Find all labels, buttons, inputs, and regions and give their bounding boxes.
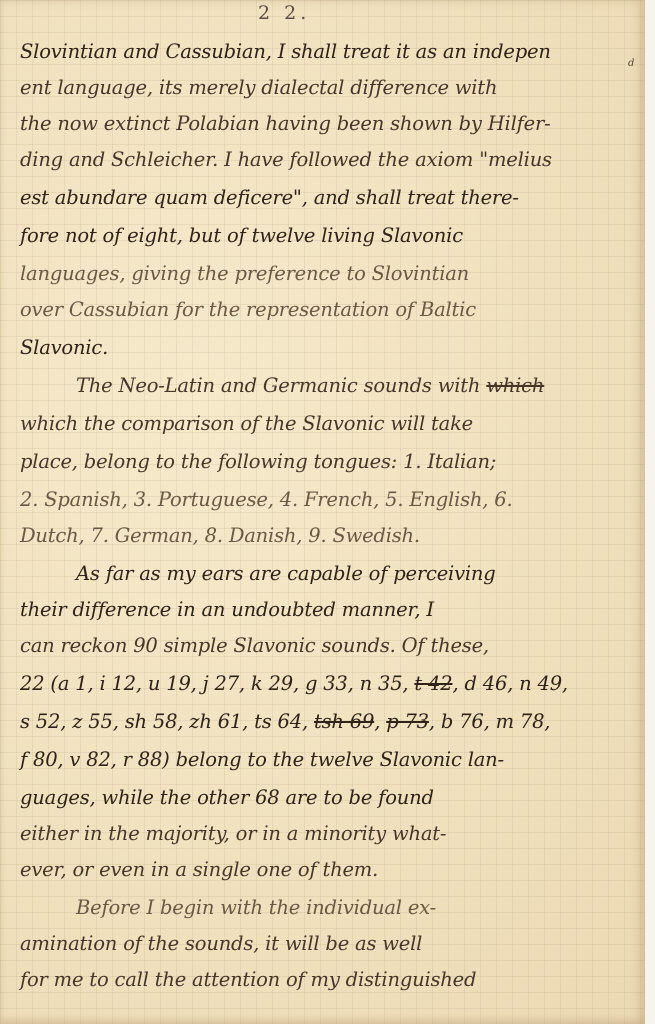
text-line-19-rest: , b 76, m 78, bbox=[429, 710, 550, 733]
scan-background-edge bbox=[645, 0, 655, 1024]
text-line-12: place, belong to the following tongues: … bbox=[20, 450, 496, 473]
text-line-23: ever, or even in a single one of them. bbox=[20, 858, 378, 881]
text-line-22: either in the majority, or in a minority… bbox=[20, 822, 446, 845]
text-line-10: The Neo-Latin and Germanic sounds with w… bbox=[76, 374, 544, 397]
text-line-1: Slovintian and Cassubian, I shall treat … bbox=[20, 40, 551, 63]
text-line-15: As far as my ears are capable of perceiv… bbox=[76, 562, 496, 585]
struck-item: p 73 bbox=[386, 710, 429, 733]
text-line-18-main: 22 (a 1, i 12, u 19, j 27, k 29, g 33, n… bbox=[20, 672, 408, 695]
text-line-4: ding and Schleicher. I have followed the… bbox=[20, 148, 552, 171]
text-line-21: guages, while the other 68 are to be fou… bbox=[20, 786, 434, 809]
text-line-10-main: The Neo-Latin and Germanic sounds with bbox=[76, 374, 480, 397]
text-line-19-main: s 52, z 55, sh 58, zh 61, ts 64, bbox=[20, 710, 308, 733]
text-line-3: the now extinct Polabian having been sho… bbox=[20, 112, 550, 135]
text-line-13: 2. Spanish, 3. Portuguese, 4. French, 5.… bbox=[20, 488, 513, 511]
text-line-2: ent language, its merely dialectal diffe… bbox=[20, 76, 497, 99]
struck-item: t 42 bbox=[414, 672, 452, 695]
text-line-20: f 80, v 82, r 88) belong to the twelve S… bbox=[20, 748, 504, 771]
text-line-25: amination of the sounds, it will be as w… bbox=[20, 932, 422, 955]
text-line-7: languages, giving the preference to Slov… bbox=[20, 262, 469, 285]
text-line-9: Slavonic. bbox=[20, 336, 108, 359]
text-line-18: 22 (a 1, i 12, u 19, j 27, k 29, g 33, n… bbox=[20, 672, 568, 695]
text-line-17: can reckon 90 simple Slavonic sounds. Of… bbox=[20, 634, 489, 657]
struck-item: tsh 69 bbox=[314, 710, 374, 733]
text-line-5: est abundare quam deficere", and shall t… bbox=[20, 186, 519, 209]
text-line-26: for me to call the attention of my disti… bbox=[20, 968, 476, 991]
text-line-24: Before I begin with the individual ex- bbox=[76, 896, 436, 919]
page-number: 2 2. bbox=[258, 2, 310, 24]
text-line-8: over Cassubian for the representation of… bbox=[20, 298, 476, 321]
struck-word: which bbox=[486, 374, 544, 397]
text-line-11: which the comparison of the Slavonic wil… bbox=[20, 412, 473, 435]
text-line-14: Dutch, 7. German, 8. Danish, 9. Swedish. bbox=[20, 524, 420, 547]
text-line-6: fore not of eight, but of twelve living … bbox=[20, 224, 463, 247]
margin-note-1: d bbox=[628, 58, 634, 69]
text-line-16: their difference in an undoubted manner,… bbox=[20, 598, 434, 621]
text-line-19: s 52, z 55, sh 58, zh 61, ts 64, tsh 69,… bbox=[20, 710, 550, 733]
manuscript-page: 2 2. Slovintian and Cassubian, I shall t… bbox=[0, 0, 645, 1024]
text-line-18-rest: , d 46, n 49, bbox=[452, 672, 567, 695]
